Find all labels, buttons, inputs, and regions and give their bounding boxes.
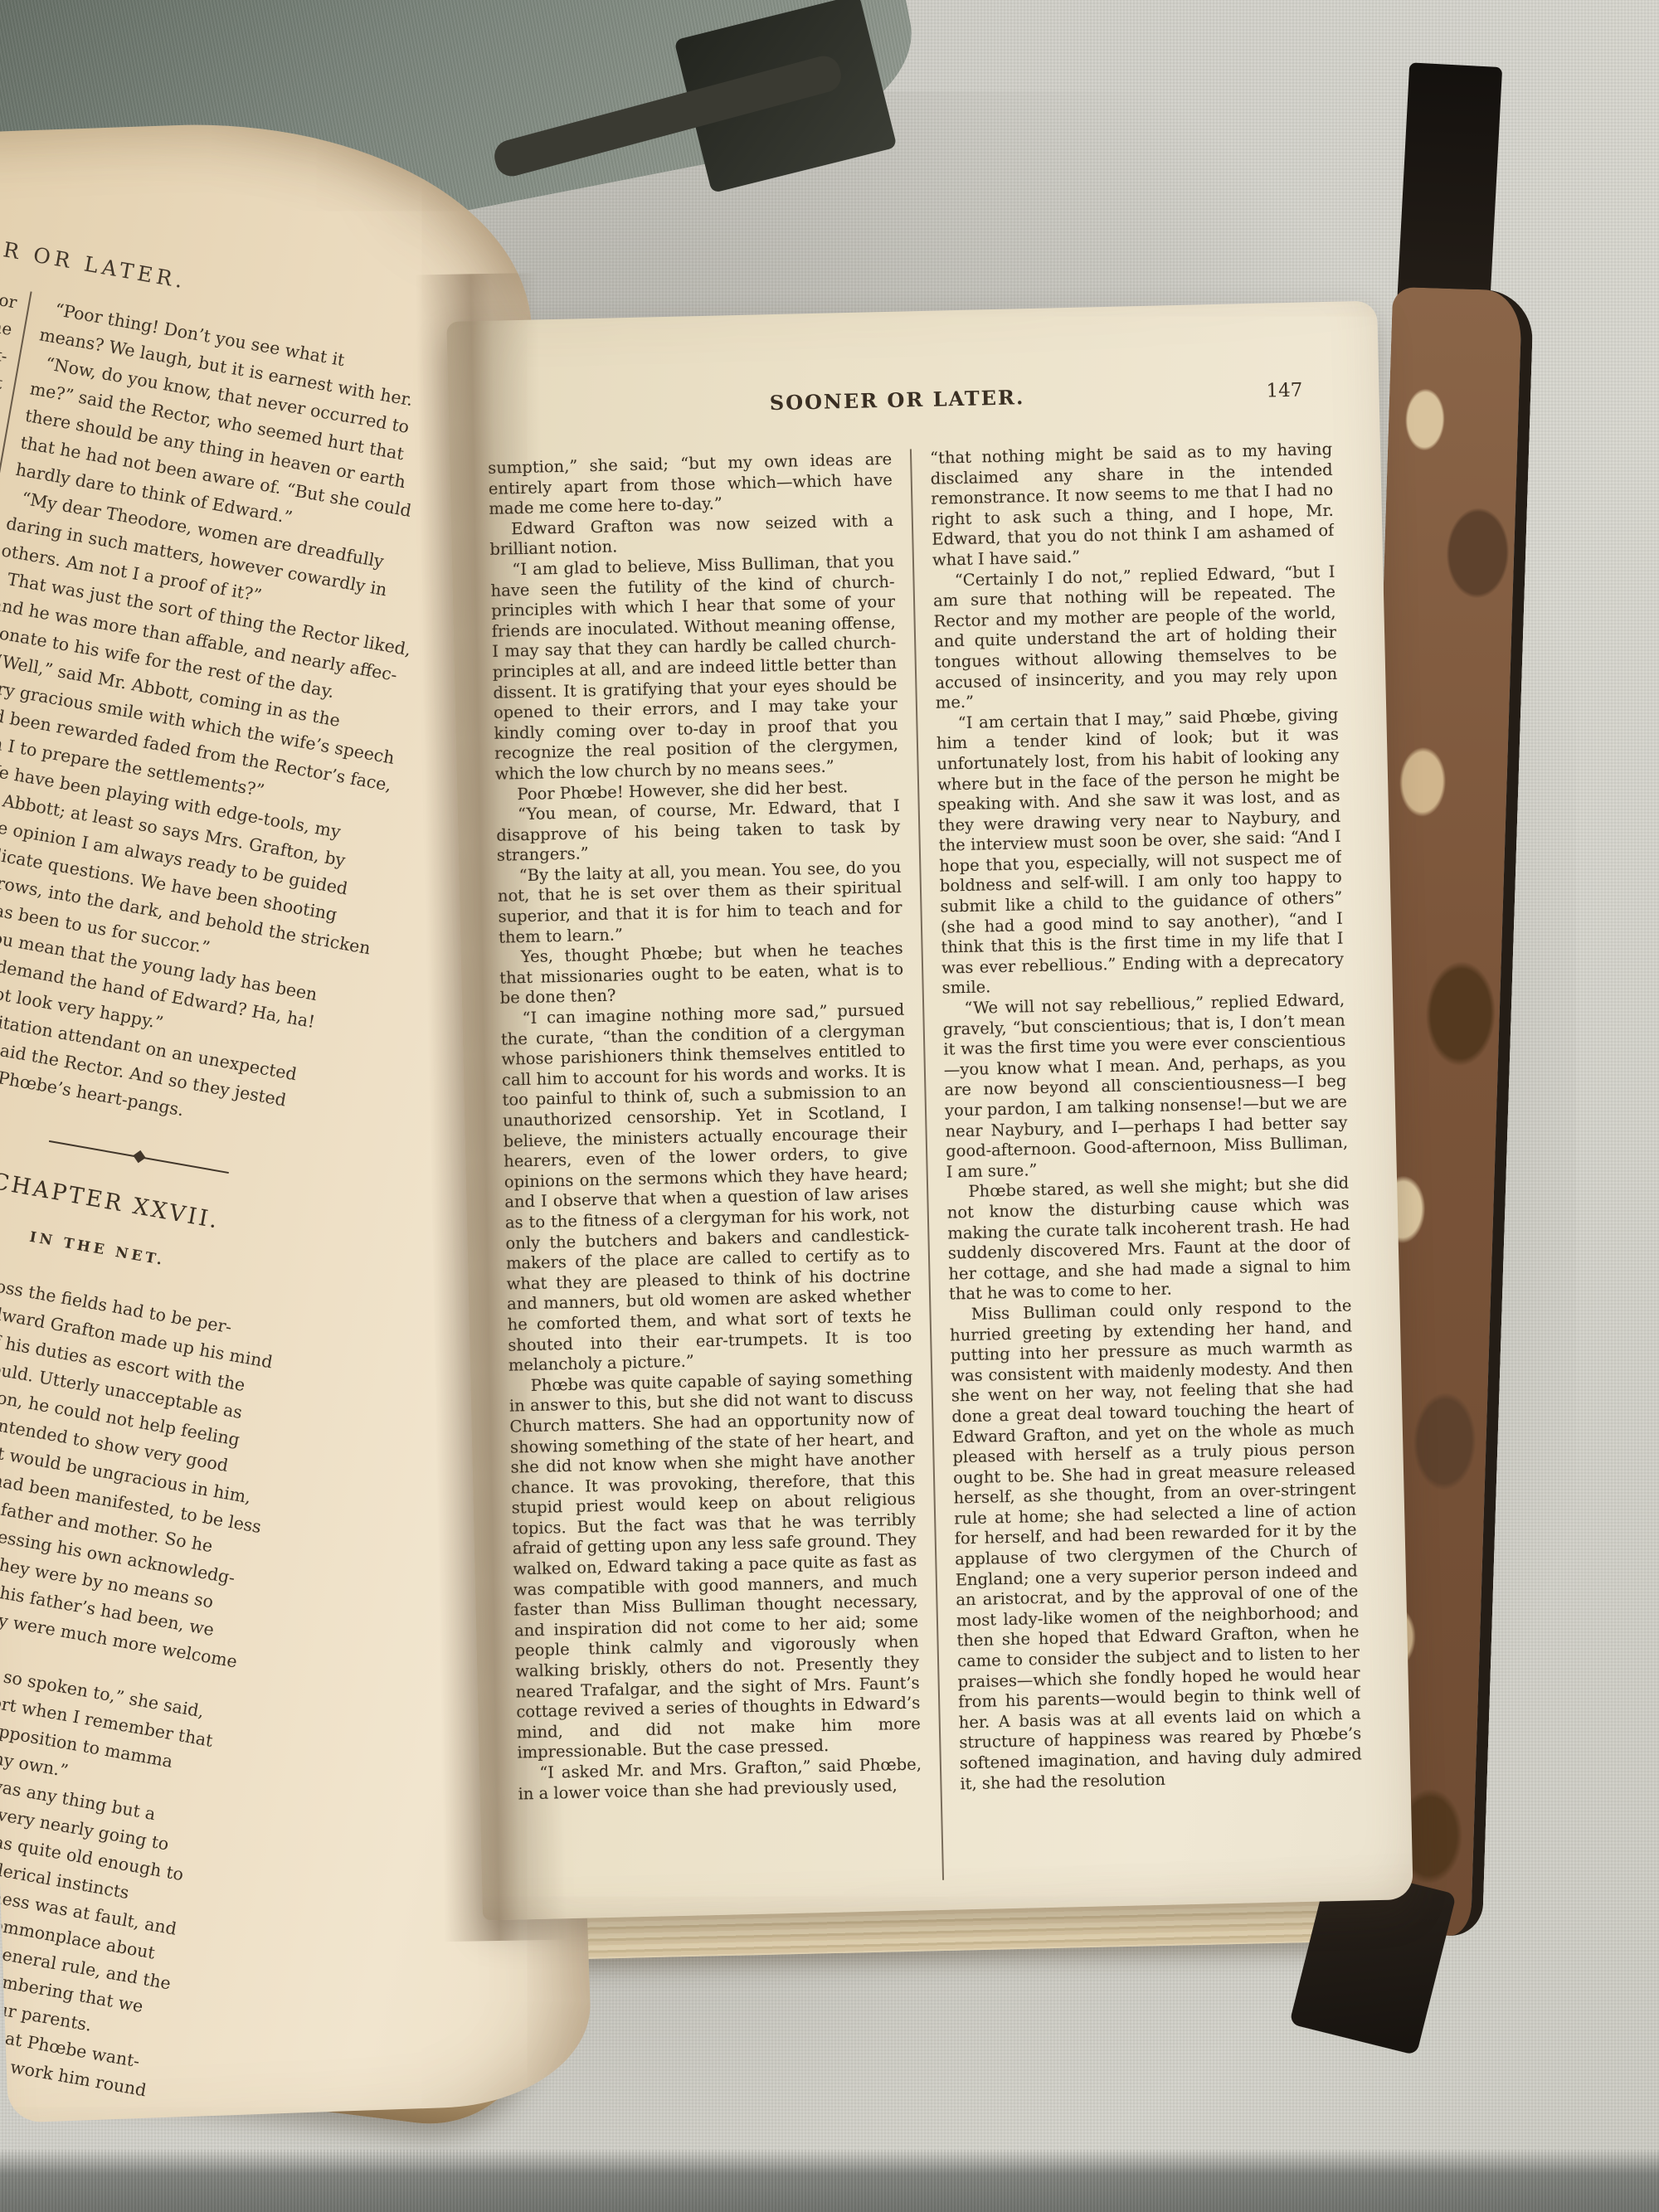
paragraph: “that nothing might be said as to my hav… [930,440,1335,571]
left-column-top-lines: “Poor thing! Don’t you see what itmeans?… [0,294,521,1159]
left-page-columns: honorp, helook-thoutl, hecon-œbe'shingrn… [0,277,522,2122]
paragraph: “I can imagine nothing more sad,” pursue… [500,1000,912,1377]
paragraph: “You mean, of course, Mr. Edward, that I… [496,796,902,867]
chapter-divider [48,1136,230,1177]
right-page-column-1: sumption,” she said; “but my own ideas a… [488,449,942,1889]
page-number: 147 [1266,380,1302,402]
paragraph: “We will not say rebellious,” replied Ed… [942,990,1349,1183]
left-column-bottom-lines: The walk across the fields had to be per… [0,1252,352,2123]
right-page-header: SOONER OR LATER. 147 [448,377,1379,425]
left-main-column: “Poor thing! Don’t you see what itmeans?… [0,292,521,2123]
paragraph: “I asked Mr. and Mrs. Grafton,” said Phœ… [518,1754,922,1804]
text-fragment: honor [0,277,19,316]
right-page-columns: sumption,” she said; “but my own ideas a… [488,440,1365,1890]
book-photo: ER OR LATER. honorp, helook-thoutl, heco… [0,0,1659,2212]
fabric-fold-shadow [0,2150,1659,2212]
paragraph: “Certainly I do not,” replied Edward, “b… [932,562,1338,713]
paragraph: Miss Bulliman could only respond to the … [949,1296,1362,1794]
paragraph: sumption,” she said; “but my own ideas a… [488,450,893,520]
running-header: SOONER OR LATER. [448,377,1379,421]
divider-diamond-icon [133,1150,145,1163]
paragraph: “I am glad to believe, Miss Bulliman, th… [490,552,899,785]
divider-line [49,1140,137,1157]
paragraph: “I am certain that I may,” said Phœbe, g… [936,704,1345,999]
paragraph: Phœbe was quite capable of saying someth… [508,1367,921,1763]
right-page: SOONER OR LATER. 147 sumption,” she said… [446,301,1413,1921]
divider-line [141,1156,229,1174]
right-page-column-2: “that nothing might be said as to my hav… [910,440,1365,1880]
paragraph: “By the laity at all, you mean. You see,… [497,858,902,948]
paragraph: Phœbe stared, as well she might; but she… [946,1174,1351,1305]
paragraph: Yes, thought Phœbe; but when he teaches … [499,939,904,1009]
